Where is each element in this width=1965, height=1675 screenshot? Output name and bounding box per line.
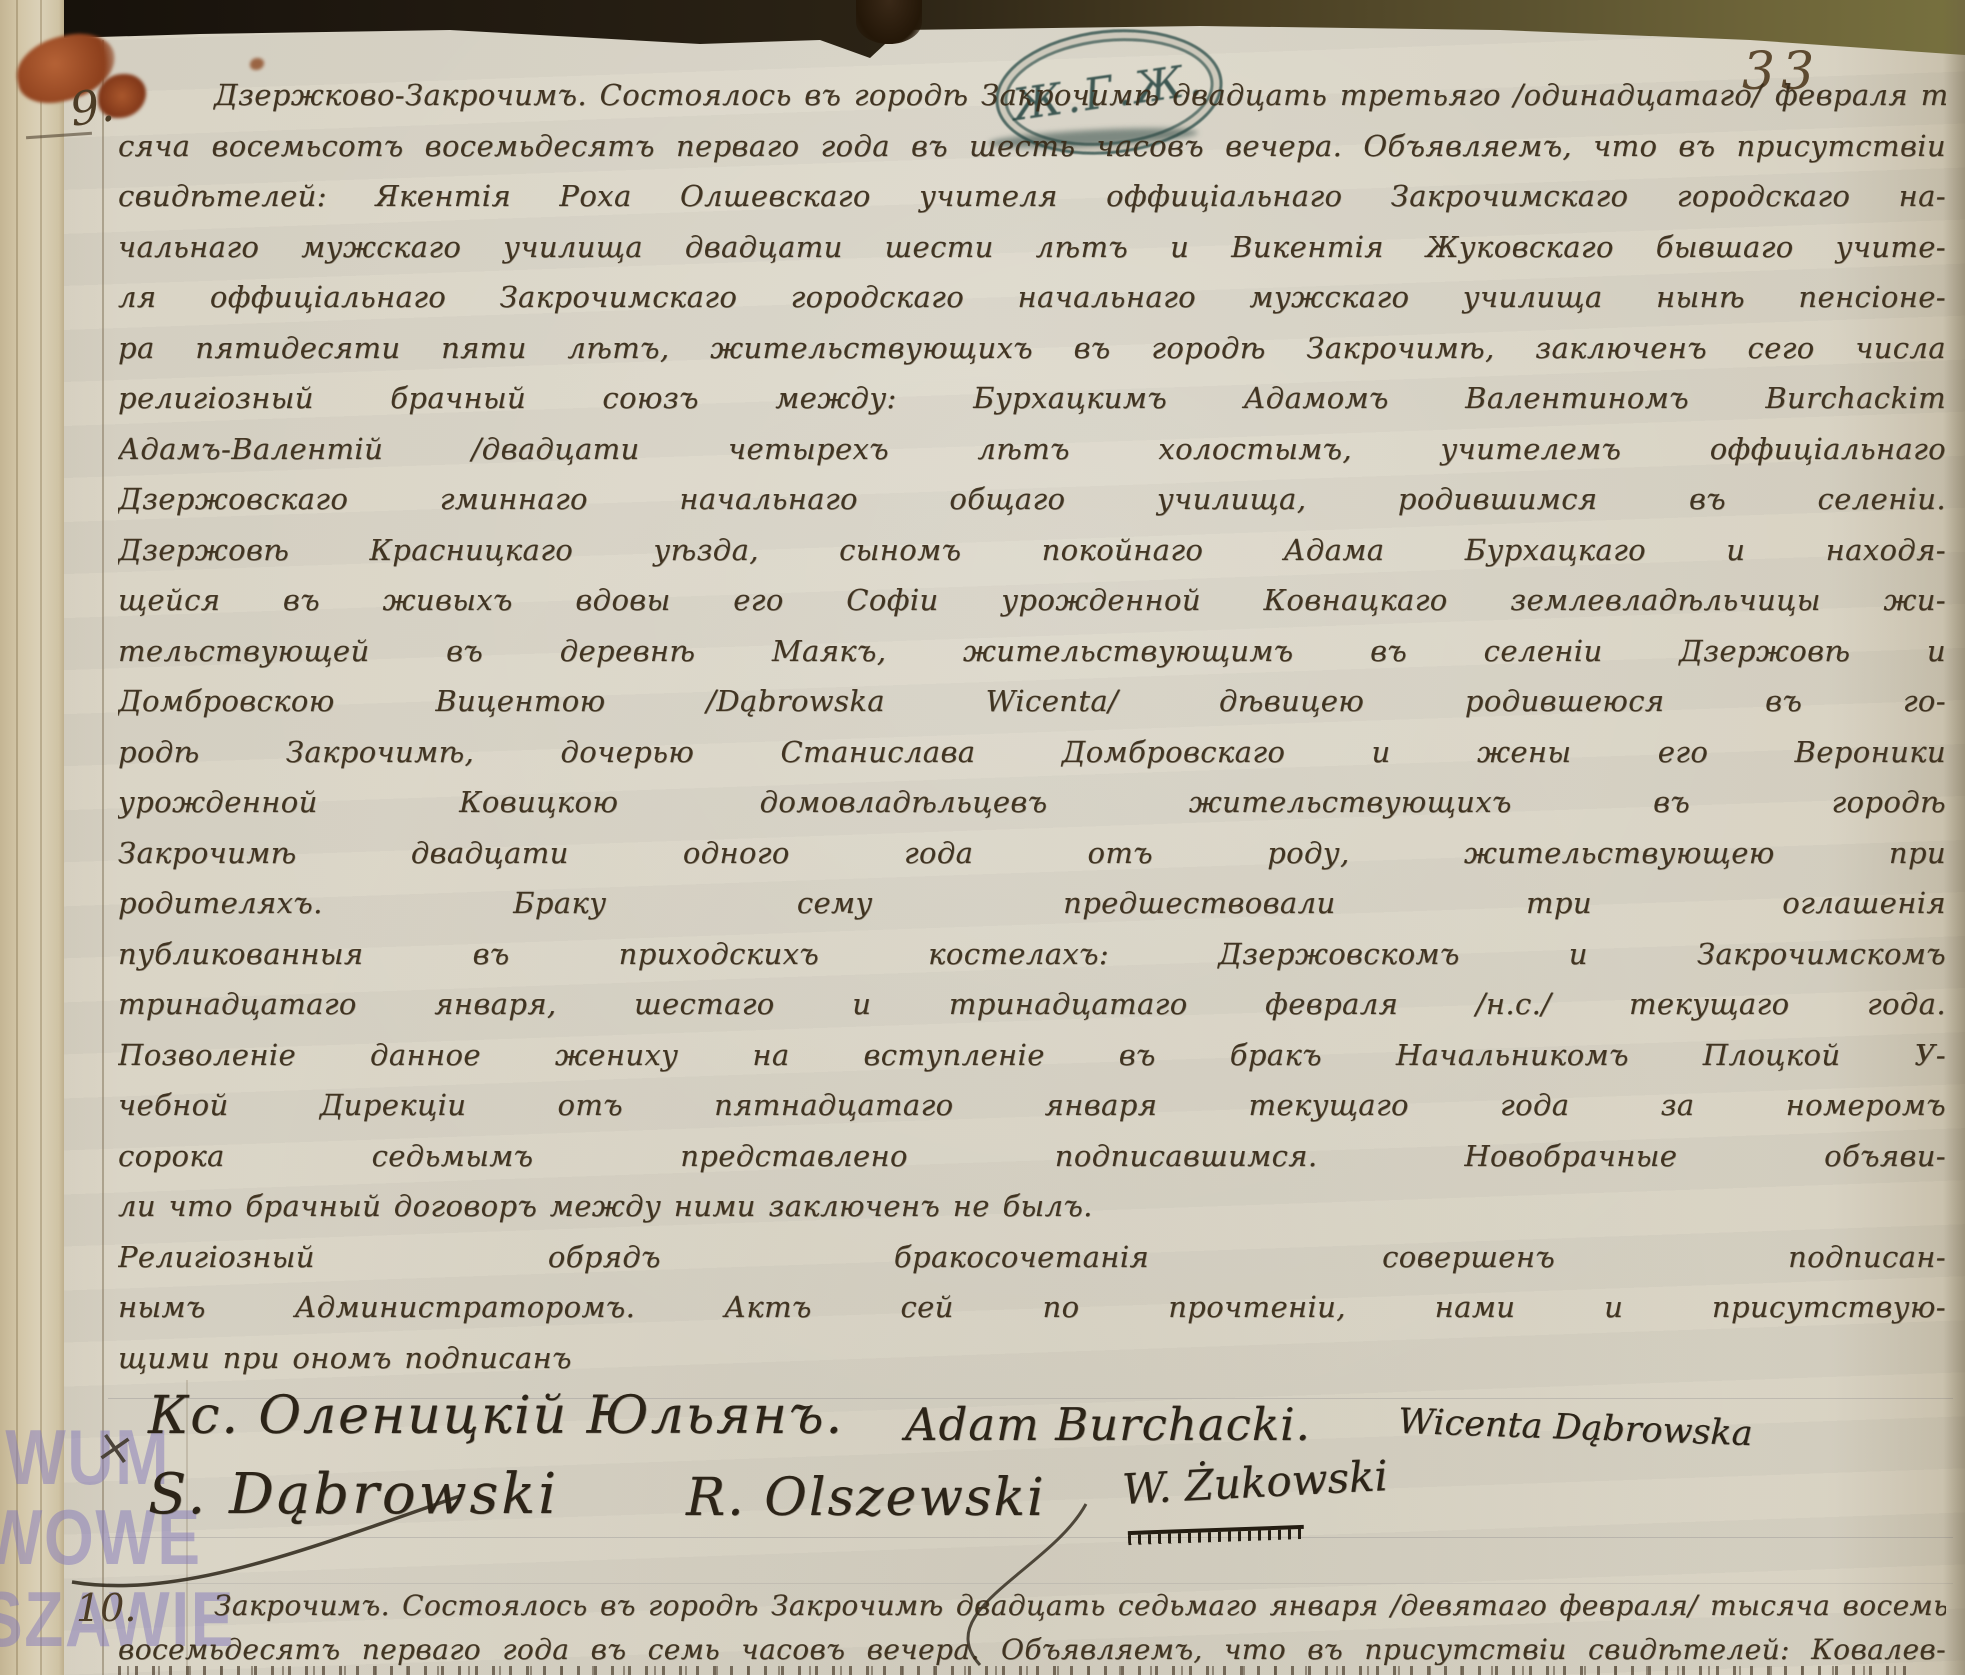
handwritten-line: тельствующей въ деревнѣ Маякъ, жительств… xyxy=(118,626,1946,677)
handwritten-line: ля оффиціальнаго Закрочимскаго городскаг… xyxy=(118,272,1946,323)
handwritten-line: чальнаго мужскаго училища двадцати шести… xyxy=(118,222,1946,273)
handwritten-line: Позволеніе данное жениху на вступленіе в… xyxy=(118,1030,1946,1081)
document-page: { "page": { "number": "33", "stamp_lette… xyxy=(0,0,1965,1675)
archive-watermark: IWUM xyxy=(0,1412,170,1503)
handwritten-line: родителяхъ. Браку сему предшествовали тр… xyxy=(118,878,1946,929)
handwritten-line: чебной Дирекціи отъ пятнадцатаго января … xyxy=(118,1080,1946,1131)
handwritten-line: публикованныя въ приходскихъ костелахъ: … xyxy=(118,929,1946,980)
handwritten-line: Закрочимѣ двадцати одного года отъ роду,… xyxy=(118,828,1946,879)
handwritten-line: Закрочимъ. Состоялось въ городѣ Закрочим… xyxy=(118,1584,1946,1628)
page-right-edge xyxy=(1943,0,1965,1675)
entry-10-text-block: Закрочимъ. Состоялось въ городѣ Закрочим… xyxy=(118,1584,1946,1628)
handwritten-line: Домбровскою Вицентою /Dąbrowska Wicenta/… xyxy=(118,676,1946,727)
signature-witness2: R. Olszewski xyxy=(686,1468,1046,1528)
handwritten-line: нымъ Администраторомъ. Актъ сей по прочт… xyxy=(118,1282,1946,1333)
handwritten-line: Религіозный обрядъ бракосочетанія соверш… xyxy=(118,1232,1946,1283)
handwritten-line: урожденной Ковицкою домовладѣльцевъ жите… xyxy=(118,777,1946,828)
entry-9-number: 9. xyxy=(66,77,117,137)
handwritten-line: Дзержково-Закрочимъ. Состоялось въ город… xyxy=(118,70,1946,121)
handwritten-line: религіозный брачный союзъ между: Бурхацк… xyxy=(118,373,1946,424)
handwritten-line: свидѣтелей: Якентія Роха Олшевскаго учит… xyxy=(118,171,1946,222)
ruled-guide-line xyxy=(108,1537,1953,1538)
handwritten-line: Дзержовѣ Красницкаго уѣзда, сыномъ покой… xyxy=(118,525,1946,576)
handwritten-line: тринадцатаго января, шестаго и тринадцат… xyxy=(118,979,1946,1030)
handwritten-line: Дзержовскаго гминнаго начальнаго общаго … xyxy=(118,474,1946,525)
handwritten-line: Адамъ-Валентій /двадцати четырехъ лѣтъ х… xyxy=(118,424,1946,475)
handwritten-line: щими при ономъ подписанъ xyxy=(118,1333,1946,1384)
signature-witness1: S. Dąbrowski xyxy=(148,1462,559,1527)
handwritten-line: ли что брачный договоръ между ними заклю… xyxy=(118,1181,1946,1232)
signature-groom: Adam Burchacki. xyxy=(905,1398,1311,1451)
handwritten-line: ра пятидесяти пяти лѣтъ, жительствующихъ… xyxy=(118,323,1946,374)
handwritten-line: сяча восемьсотъ восемьдесятъ перваго год… xyxy=(118,121,1946,172)
clipped-line-stroke-tops xyxy=(118,1666,1918,1675)
handwritten-line: родѣ Закрочимѣ, дочерью Станислава Домбр… xyxy=(118,727,1946,778)
handwritten-line: сорока седьмымъ представлено подписавшим… xyxy=(118,1131,1946,1182)
handwritten-line: щейся въ живыхъ вдовы его Софіи урожденн… xyxy=(118,575,1946,626)
signature-priest: Кс. Оленицкій Юльянъ. xyxy=(148,1386,844,1446)
entry-9-text-block: Дзержково-Закрочимъ. Состоялось въ город… xyxy=(118,70,1946,1383)
binding-mark xyxy=(856,0,922,44)
